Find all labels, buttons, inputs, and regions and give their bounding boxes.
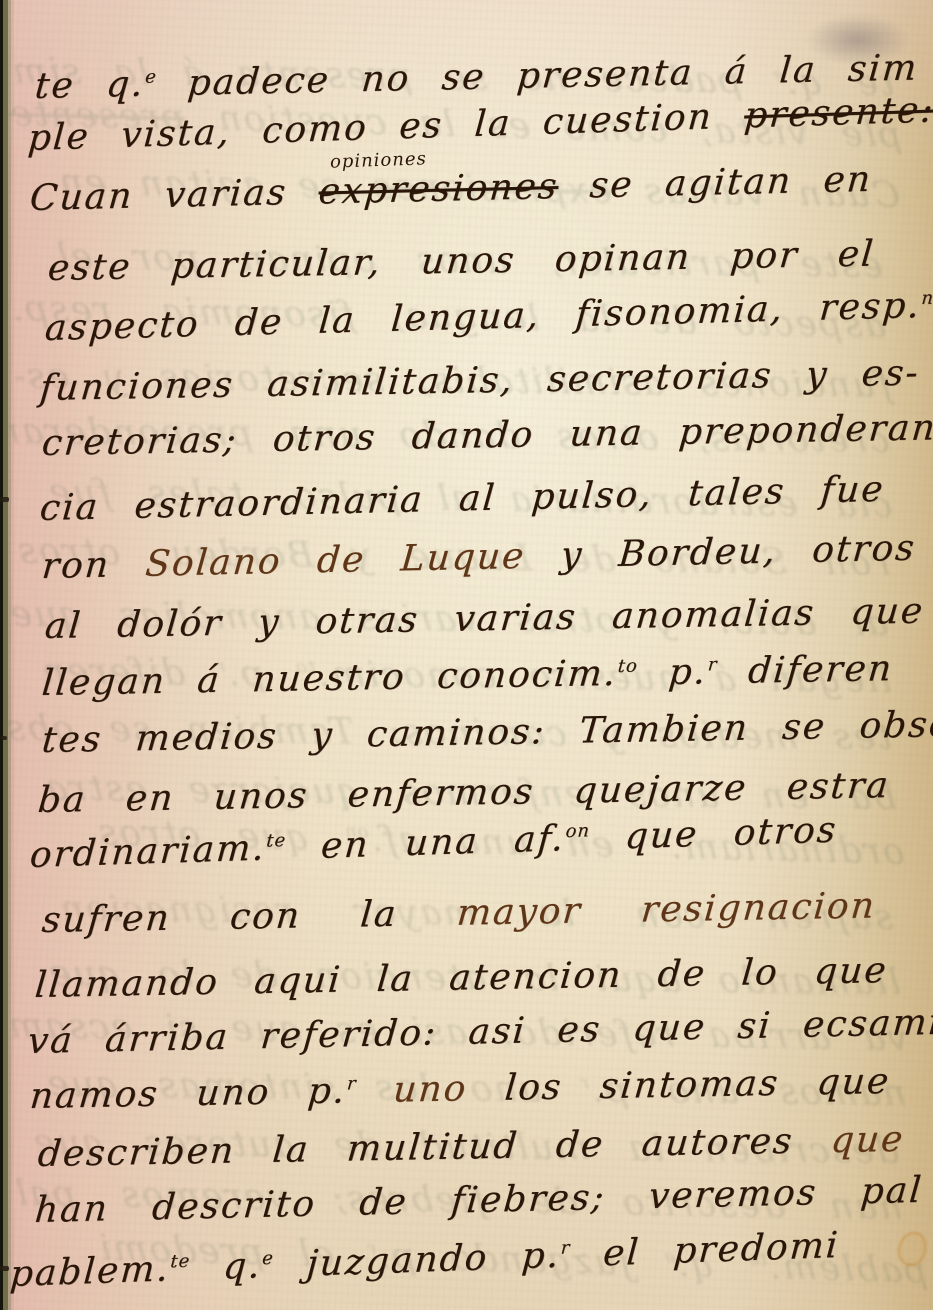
text-segment: p. <box>635 651 709 693</box>
text-segment: Solano de Luque <box>144 536 527 585</box>
text-segment: ordinariam. <box>28 828 267 877</box>
text-segment: q. <box>188 1245 263 1289</box>
manuscript-line: describen la multitud de autores que <box>36 1119 906 1175</box>
text-segment: te q. <box>33 64 146 107</box>
text-segment: namos uno p. <box>28 1070 348 1117</box>
text-segment: on <box>564 817 591 859</box>
text-segment: juzgando p. <box>272 1235 562 1286</box>
manuscript-line: funciones asimilitabis, secretorias y es… <box>38 353 921 409</box>
margin-ink-mark <box>0 497 9 502</box>
text-segment <box>354 1070 395 1112</box>
text-segment: Cuan varias <box>28 171 320 219</box>
text-segment: expresiones <box>317 166 560 213</box>
text-segment: aspecto de la lengua, fisonomia, resp. <box>43 285 922 349</box>
text-segment: tes medios y caminos: Tambien se obser <box>40 704 933 761</box>
manuscript-line: sufren con la mayor resignacion <box>40 885 877 941</box>
text-segment: mayor resignacion <box>455 885 878 933</box>
text-segment: n <box>919 285 933 326</box>
handwriting-layer: opiniones te q.e padece no se presenta á… <box>0 0 933 1310</box>
manuscript-line: llegan á nuestro conocim.to p.r diferen <box>40 648 895 704</box>
text-segment: han descrito de fiebres; veremos pal <box>33 1170 924 1231</box>
text-segment: llamando aqui la atencion de lo que <box>33 950 889 1006</box>
text-segment: se agitan en <box>557 159 874 207</box>
manuscript-line: ron Solano de Luque y Bordeu, otros <box>40 528 917 587</box>
text-segment: llegan á nuestro conocim. <box>40 653 619 704</box>
manuscript-line: al dolór y otras varias anomalias que <box>43 591 926 647</box>
margin-ink-mark <box>0 736 7 740</box>
text-segment: que otros <box>588 810 839 859</box>
manuscript-line: ordinariam.te en una af.on que otros <box>28 810 838 876</box>
manuscript-line: llamando aqui la atencion de lo que <box>33 950 889 1006</box>
text-segment: ron <box>40 544 147 587</box>
text-segment: funciones asimilitabis, secretorias y es… <box>38 353 921 409</box>
manuscript-line: namos uno p.r uno los sintomas que <box>28 1061 892 1117</box>
manuscript-line: tes medios y caminos: Tambien se obser <box>40 704 933 761</box>
text-segment: en una af. <box>284 818 566 868</box>
text-segment: uno <box>392 1068 470 1110</box>
manuscript-line: este particular, unos opinan por el <box>46 234 876 289</box>
text-segment: cia estraordinaria al pulso, tales fue <box>38 469 886 529</box>
text-segment: sufren con la <box>40 893 459 941</box>
text-segment: y Bordeu, otros <box>524 528 918 577</box>
text-segment: este particular, unos opinan por el <box>46 234 876 289</box>
text-segment: que <box>829 1119 906 1161</box>
manuscript-line: Cuan varias expresiones se agitan en <box>28 159 873 219</box>
ink-smudge <box>806 14 910 66</box>
manuscript-line: cia estraordinaria al pulso, tales fue <box>38 469 886 529</box>
text-segment: vá árriba referido: asi es que si ecsami <box>26 1002 933 1062</box>
text-segment: el predomi <box>568 1225 840 1276</box>
text-segment: presente: <box>743 89 933 136</box>
manuscript-line: vá árriba referido: asi es que si ecsami <box>26 1002 933 1062</box>
manuscript-page: te q.e padece no se presenta á la simple… <box>0 0 933 1310</box>
margin-ink-mark <box>0 1266 9 1271</box>
manuscript-line: cretorias; otros dando una preponderan <box>40 407 933 464</box>
manuscript-line: pablem.te q.e juzgando p.r el predomi <box>9 1225 841 1295</box>
text-segment: describen la multitud de autores <box>36 1120 833 1175</box>
text-segment: diferen <box>715 648 895 692</box>
text-segment: cretorias; otros dando una preponderan <box>40 407 933 464</box>
text-segment: los sintomas que <box>466 1061 892 1109</box>
manuscript-line: aspecto de la lengua, fisonomia, resp.n <box>43 285 933 349</box>
text-segment: pablem. <box>9 1248 172 1295</box>
manuscript-line: han descrito de fiebres; veremos pal <box>33 1170 924 1231</box>
text-segment: al dolór y otras varias anomalias que <box>43 591 926 647</box>
